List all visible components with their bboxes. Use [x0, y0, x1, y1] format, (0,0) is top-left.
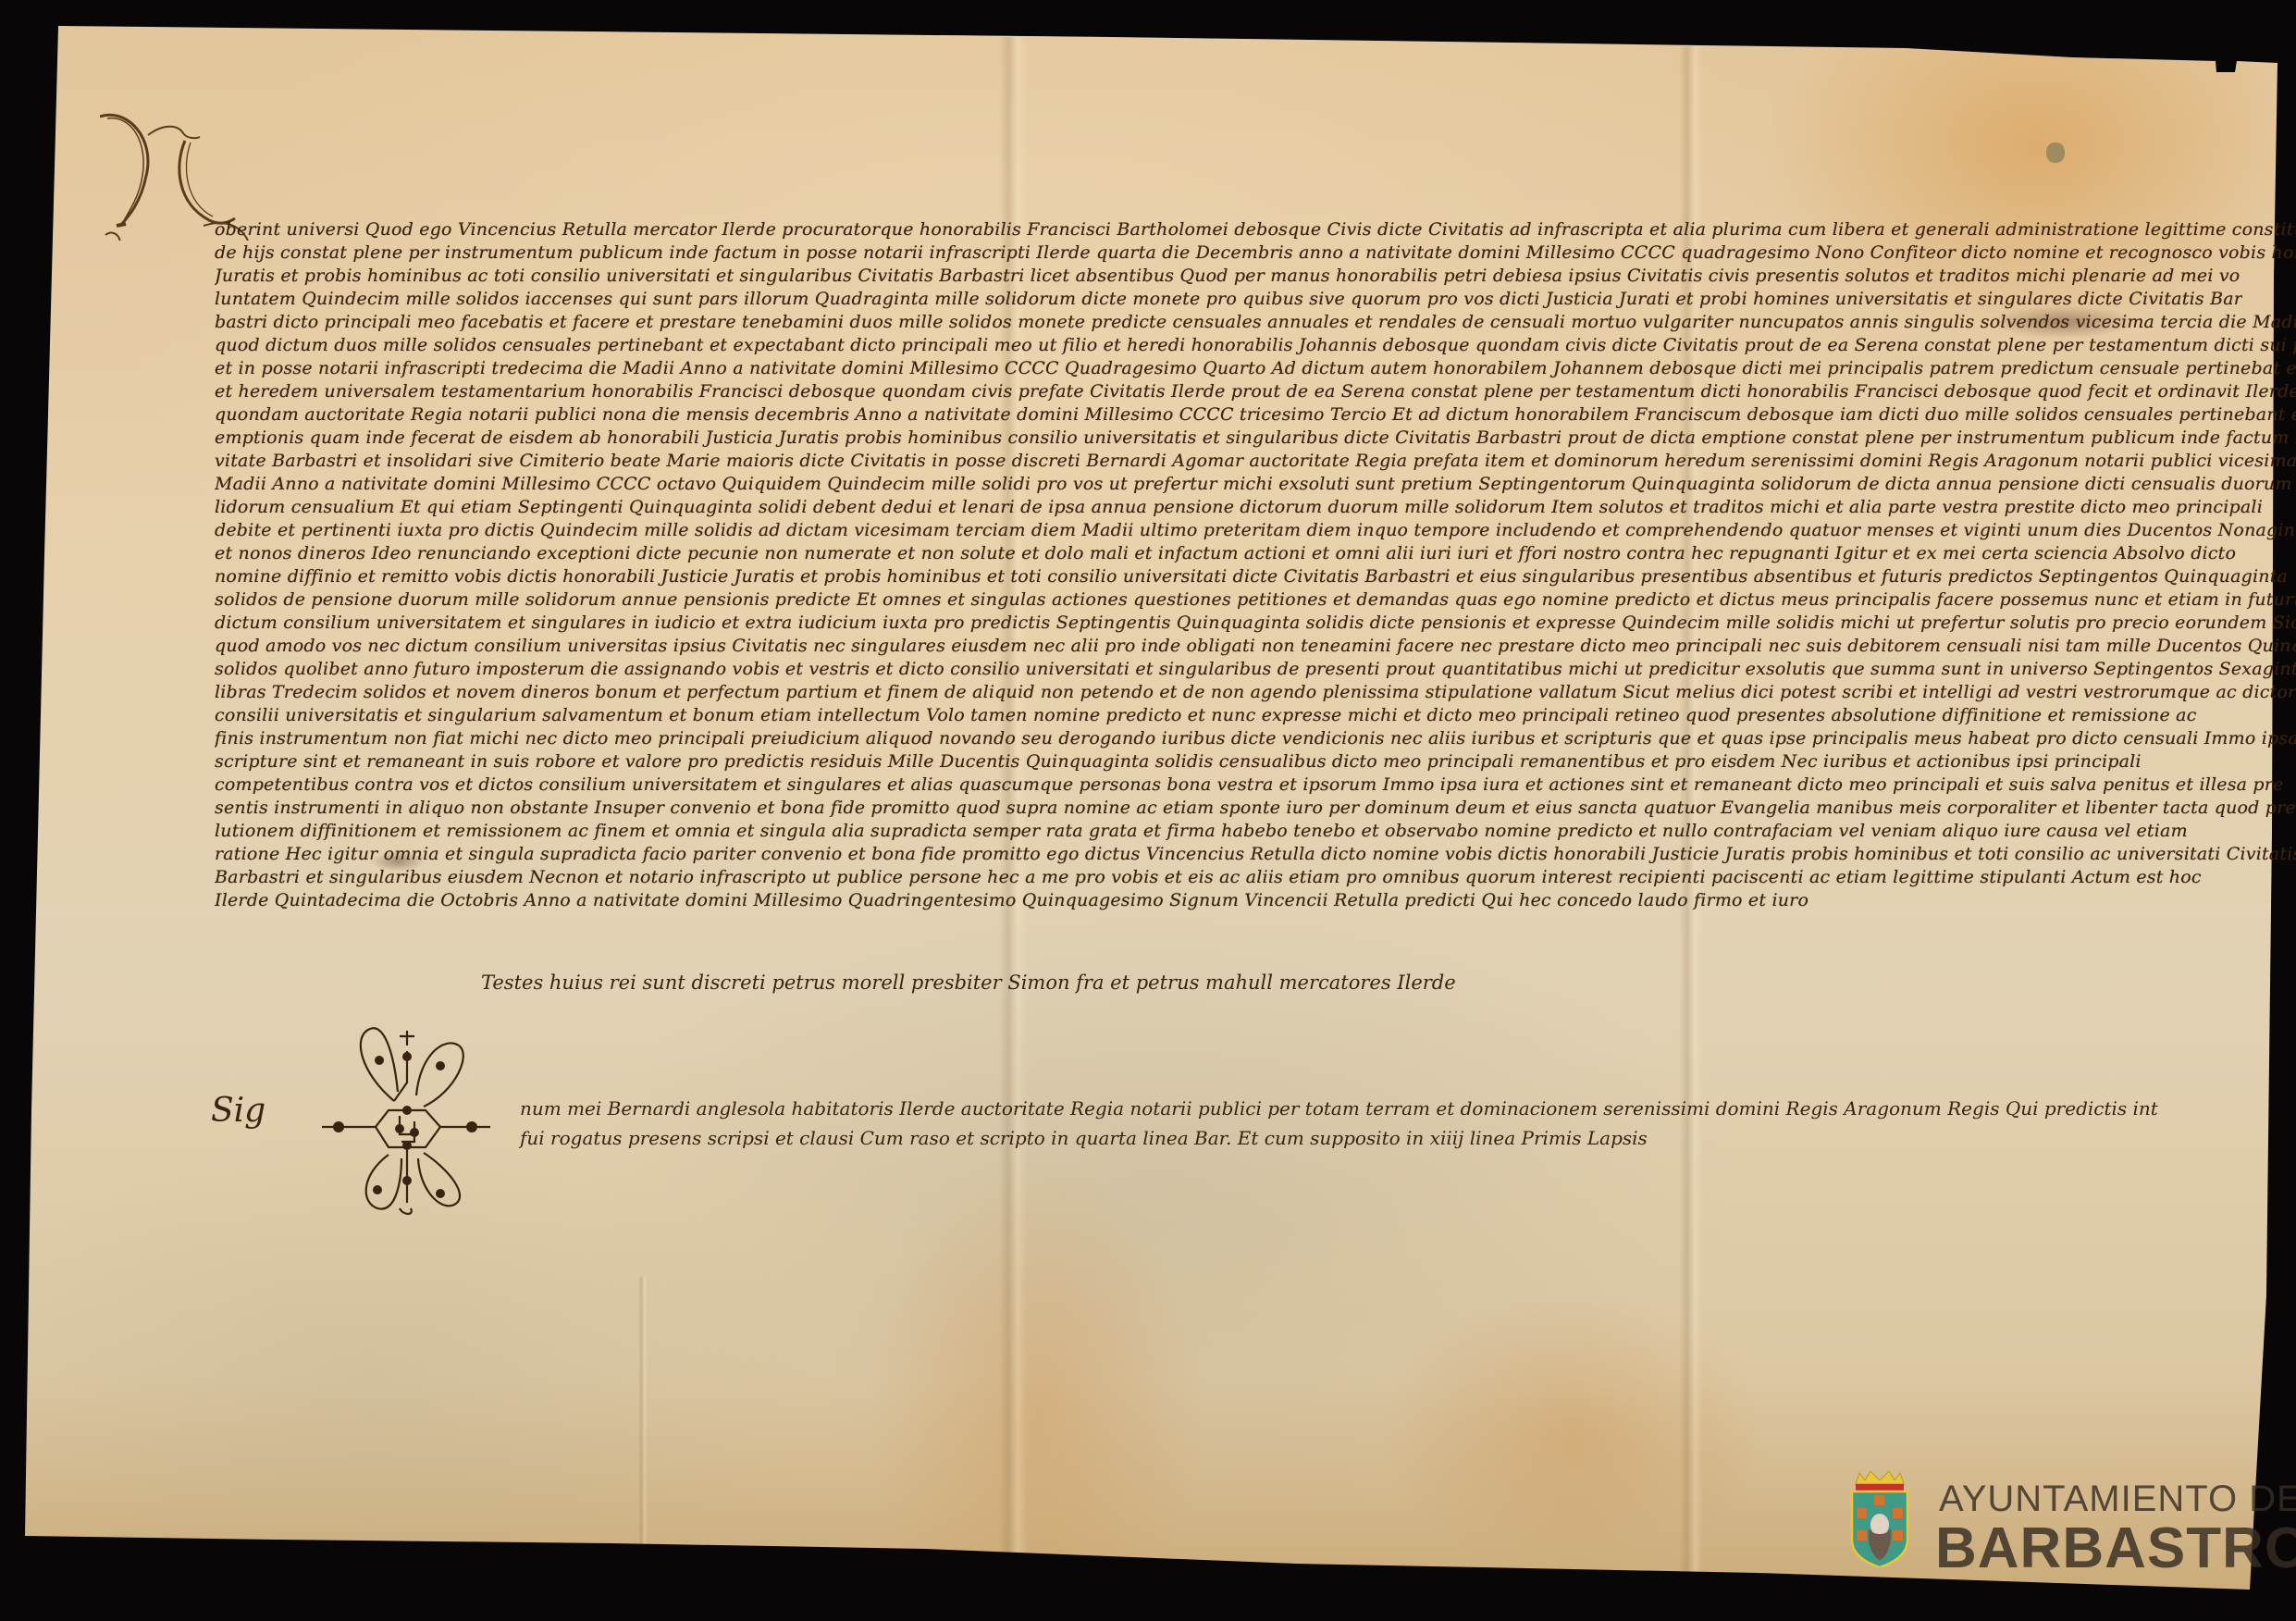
parchment-fold [638, 1277, 648, 1545]
text-line: lidorum censualium Et qui etiam Septinge… [215, 496, 2263, 519]
text-line: consilii universitatis et singularium sa… [215, 704, 2197, 727]
text-line: solidos de pensione duorum mille solidor… [215, 588, 2296, 612]
text-line: ratione Hec igitur omnia et singula supr… [215, 843, 2296, 866]
signum-prefix: Sig [211, 1092, 265, 1130]
text-line: Madii Anno a nativitate domini Millesimo… [215, 473, 2296, 496]
text-line: luntatem Quindecim mille solidos iaccens… [215, 288, 2242, 311]
notary-subscription-line: fui rogatus presens scripsi et clausi Cu… [520, 1127, 1648, 1149]
text-line: scripture sint et remaneant in suis robo… [215, 750, 2142, 773]
text-line: debite et pertinenti iuxta pro dictis Qu… [215, 519, 2296, 542]
text-line: quod amodo vos nec dictum consilium univ… [215, 635, 2296, 658]
ayuntamiento-barbastro-watermark: AYUNTAMIENTO DE BARBASTRO [1843, 1469, 2250, 1580]
text-line: nomine diffinio et remitto vobis dictis … [215, 565, 2288, 588]
text-line: bastri dicto principali meo facebatis et… [215, 311, 2296, 334]
text-line: quod dictum duos mille solidos censuales… [215, 334, 2296, 357]
text-line: competentibus contra vos et dictos consi… [215, 773, 2284, 797]
coat-of-arms-icon [1848, 1469, 1911, 1567]
text-line: sentis instrumenti in aliquo non obstant… [215, 797, 2296, 820]
text-line: Juratis et probis hominibus ac toti cons… [215, 265, 2240, 288]
notary-subscription-line: num mei Bernardi anglesola habitatoris I… [520, 1097, 2158, 1120]
text-line: et in posse notarii infrascripti tredeci… [215, 357, 2296, 380]
watermark-line-2: BARBASTRO [1935, 1516, 2296, 1581]
text-line: finis instrumentum non fiat michi nec di… [215, 727, 2296, 750]
text-line: libras Tredecim solidos et novem dineros… [215, 681, 2296, 704]
text-line: dictum consilium universitatem et singul… [215, 612, 2296, 635]
text-line: et nonos dineros Ideo renunciando except… [215, 542, 2236, 565]
text-line: emptionis quam inde fecerat de eisdem ab… [215, 427, 2296, 450]
text-line: quondam auctoritate Regia notarii public… [215, 403, 2296, 427]
text-line: lutionem diffinitionem et remissionem ac… [215, 820, 2188, 843]
text-line: solidos quolibet anno futuro imposterum … [215, 658, 2296, 681]
image-backdrop: oberint universi Quod ego Vincencius Ret… [0, 0, 2296, 1621]
witness-clause: Testes huius rei sunt discreti petrus mo… [481, 971, 1456, 994]
text-line: vitate Barbastri et insolidari sive Cimi… [215, 450, 2296, 473]
text-line: oberint universi Quod ego Vincencius Ret… [215, 218, 2296, 241]
text-line: et heredem universalem testamentarium ho… [215, 380, 2296, 403]
watermark-line-1: AYUNTAMIENTO DE [1939, 1479, 2296, 1520]
text-line: de hijs constat plene per instrumentum p… [215, 241, 2296, 265]
notary-signum-icon [305, 1018, 518, 1240]
parchment-stain [2046, 142, 2065, 163]
text-line: Barbastri et singularibus eiusdem Necnon… [215, 866, 2202, 889]
text-line: Ilerde Quintadecima die Octobris Anno a … [215, 889, 2102, 912]
